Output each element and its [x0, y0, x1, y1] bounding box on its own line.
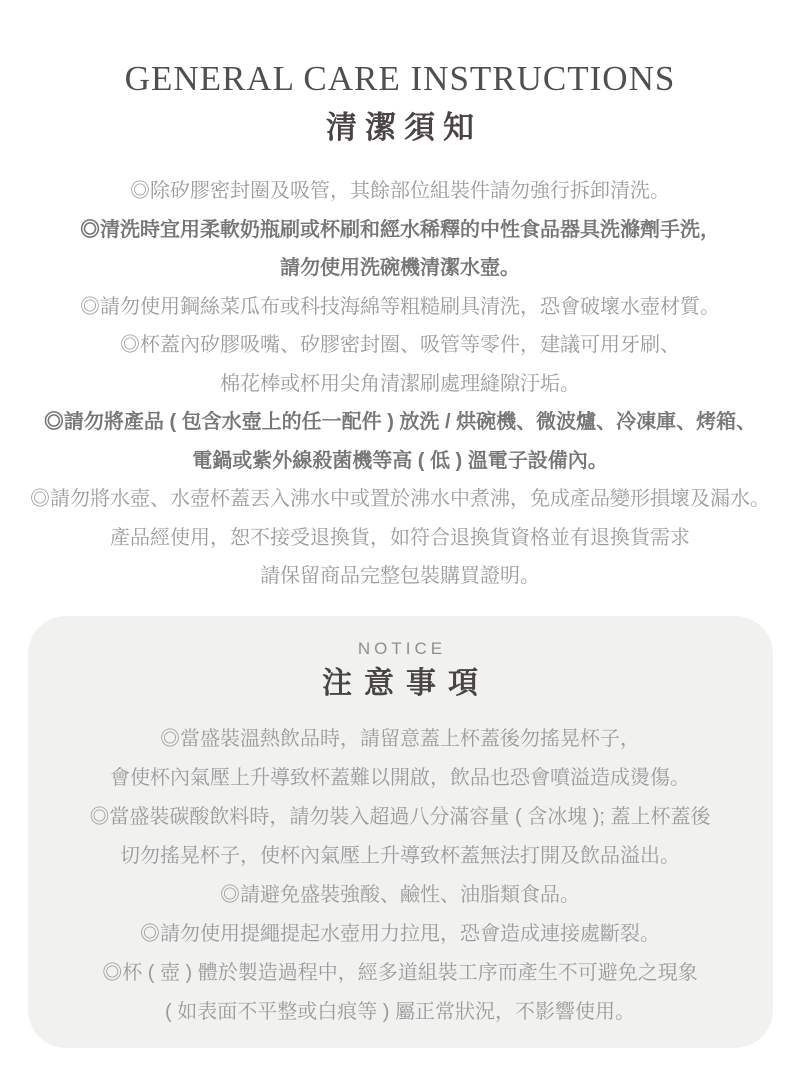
care-line: 請勿使用洗碗機清潔水壺。 [0, 249, 800, 288]
care-line: ◎杯蓋內矽膠吸嘴、矽膠密封圈、吸管等零件，建議可用牙刷、 [0, 326, 800, 365]
care-line: ◎除矽膠密封圈及吸管，其餘部位組裝件請勿強行拆卸清洗。 [0, 172, 800, 211]
care-paragraph: ◎請勿將水壺、水壺杯蓋丟入沸水中或置於沸水中煮沸，免成產品變形損壞及漏水。 [0, 480, 800, 519]
notice-paragraph: ◎當盛裝碳酸飲料時，請勿裝入超過八分滿容量 ( 含冰塊 ); 蓋上杯蓋後 切勿搖… [28, 798, 773, 876]
notice-line: ◎當盛裝碳酸飲料時，請勿裝入超過八分滿容量 ( 含冰塊 ); 蓋上杯蓋後 [28, 798, 773, 837]
notice-body: ◎當盛裝溫熱飲品時，請留意蓋上杯蓋後勿搖晃杯子， 會使杯內氣壓上升導致杯蓋難以開… [28, 720, 773, 1032]
care-line: 電鍋或紫外線殺菌機等高 ( 低 ) 溫電子設備內。 [0, 442, 800, 481]
care-instructions-page: GENERAL CARE INSTRUCTIONS 清潔須知 ◎除矽膠密封圈及吸… [0, 0, 800, 1068]
care-paragraph: ◎請勿將產品 ( 包含水壺上的任一配件 ) 放洗 / 烘碗機、微波爐、冷凍庫、烤… [0, 403, 800, 480]
care-line: 棉花棒或杯用尖角清潔刷處理縫隙汙垢。 [0, 365, 800, 404]
notice-line: ◎杯 ( 壺 ) 體於製造過程中，經多道組裝工序而產生不可避免之現象 [28, 954, 773, 993]
notice-label-english: NOTICE [28, 634, 773, 664]
care-line: ◎清洗時宜用柔軟奶瓶刷或杯刷和經水稀釋的中性食品器具洗滌劑手洗， [0, 211, 800, 250]
notice-line: ◎請避免盛裝強酸、鹼性、油脂類食品。 [28, 876, 773, 915]
care-paragraph: 產品經使用，恕不接受退換貨，如符合退換貨資格並有退換貨需求 請保留商品完整包裝購… [0, 519, 800, 596]
care-line: 請保留商品完整包裝購買證明。 [0, 557, 800, 596]
notice-box: NOTICE 注意事項 ◎當盛裝溫熱飲品時，請留意蓋上杯蓋後勿搖晃杯子， 會使杯… [28, 616, 773, 1048]
notice-line: ( 如表面不平整或白痕等 ) 屬正常狀況，不影響使用。 [28, 993, 773, 1032]
notice-line: ◎當盛裝溫熱飲品時，請留意蓋上杯蓋後勿搖晃杯子， [28, 720, 773, 759]
notice-line: 切勿搖晃杯子，使杯內氣壓上升導致杯蓋無法打開及飲品溢出。 [28, 837, 773, 876]
page-title-chinese: 清潔須知 [0, 106, 800, 150]
notice-paragraph: ◎當盛裝溫熱飲品時，請留意蓋上杯蓋後勿搖晃杯子， 會使杯內氣壓上升導致杯蓋難以開… [28, 720, 773, 798]
notice-paragraph: ◎請勿使用提繩提起水壺用力拉甩，恐會造成連接處斷裂。 [28, 915, 773, 954]
care-paragraph: ◎杯蓋內矽膠吸嘴、矽膠密封圈、吸管等零件，建議可用牙刷、 棉花棒或杯用尖角清潔刷… [0, 326, 800, 403]
care-line: ◎請勿使用鋼絲菜瓜布或科技海綿等粗糙刷具清洗，恐會破壞水壺材質。 [0, 288, 800, 327]
notice-title-chinese: 注意事項 [28, 664, 773, 704]
care-instructions-section: ◎除矽膠密封圈及吸管，其餘部位組裝件請勿強行拆卸清洗。 ◎清洗時宜用柔軟奶瓶刷或… [0, 172, 800, 596]
care-line: 產品經使用，恕不接受退換貨，如符合退換貨資格並有退換貨需求 [0, 519, 800, 558]
page-title-english: GENERAL CARE INSTRUCTIONS [0, 0, 800, 100]
care-paragraph: ◎請勿使用鋼絲菜瓜布或科技海綿等粗糙刷具清洗，恐會破壞水壺材質。 [0, 288, 800, 327]
notice-paragraph: ◎杯 ( 壺 ) 體於製造過程中，經多道組裝工序而產生不可避免之現象 ( 如表面… [28, 954, 773, 1032]
care-line: ◎請勿將水壺、水壺杯蓋丟入沸水中或置於沸水中煮沸，免成產品變形損壞及漏水。 [0, 480, 800, 519]
care-paragraph: ◎清洗時宜用柔軟奶瓶刷或杯刷和經水稀釋的中性食品器具洗滌劑手洗， 請勿使用洗碗機… [0, 211, 800, 288]
notice-paragraph: ◎請避免盛裝強酸、鹼性、油脂類食品。 [28, 876, 773, 915]
notice-line: ◎請勿使用提繩提起水壺用力拉甩，恐會造成連接處斷裂。 [28, 915, 773, 954]
care-line: ◎請勿將產品 ( 包含水壺上的任一配件 ) 放洗 / 烘碗機、微波爐、冷凍庫、烤… [0, 403, 800, 442]
care-paragraph: ◎除矽膠密封圈及吸管，其餘部位組裝件請勿強行拆卸清洗。 [0, 172, 800, 211]
notice-line: 會使杯內氣壓上升導致杯蓋難以開啟，飲品也恐會噴溢造成燙傷。 [28, 759, 773, 798]
